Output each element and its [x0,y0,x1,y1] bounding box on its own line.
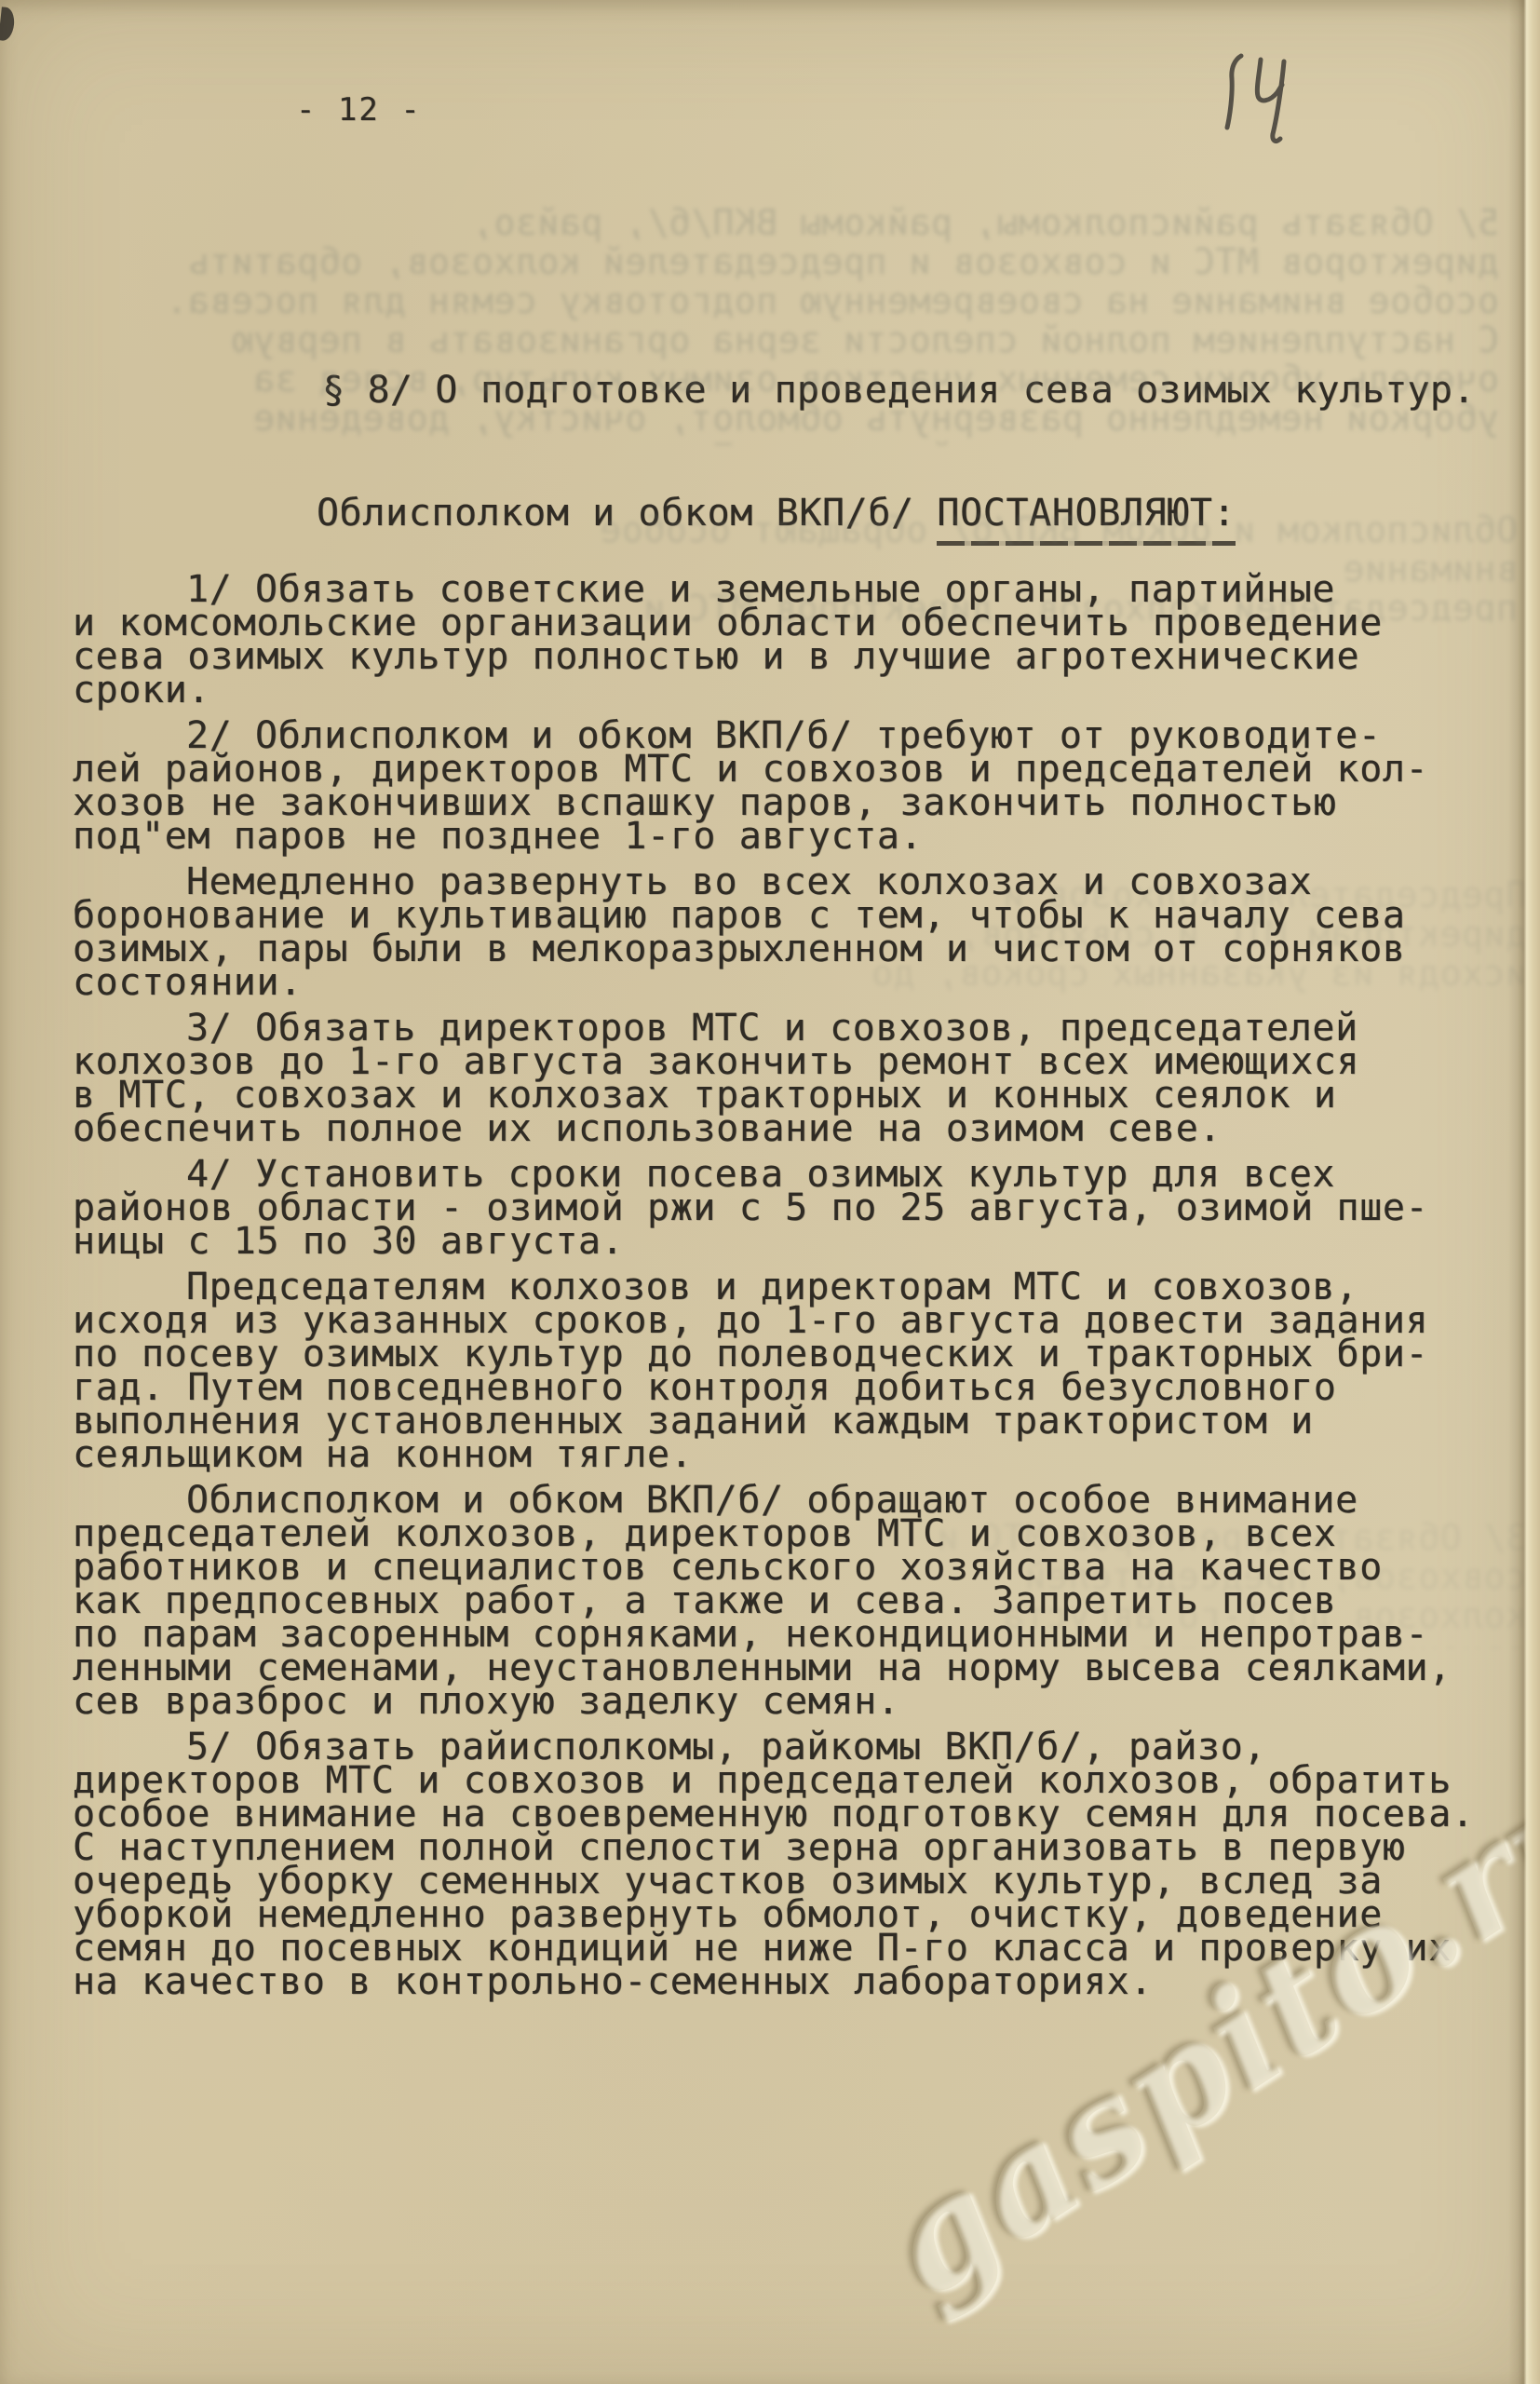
paragraph-4-continuation-1: Председателям колхозов и директорам МТС … [73,1270,1511,1471]
section-heading: § 8/ О подготовке и проведения сева озим… [322,369,1475,412]
resolution-intro: Облисполком и обком ВКП/б/ [317,492,937,535]
paragraph-1: 1/ Обязать советские и земельные органы,… [73,573,1511,707]
page-number: - 12 - [296,91,422,129]
handwritten-page-number-14 [1210,41,1313,157]
scan-corner-speck [0,7,16,41]
paragraph-2-continuation: Немедленно развернуть во всех колхозах и… [73,865,1511,999]
paragraph-4-continuation-2: Облисполком и обком ВКП/б/ обращают особ… [73,1483,1511,1718]
resolution-line: Облисполком и обком ВКП/б/ ПОСТАНОВЛЯЮТ: [317,492,1236,546]
paragraph-3: 3/ Обязать директоров МТС и совхозов, пр… [73,1011,1511,1145]
paragraph-2: 2/ Облисполком и обком ВКП/б/ требуют от… [73,719,1511,853]
resolution-verb: ПОСТАНОВЛЯЮТ: [937,492,1236,546]
scanned-document-page: 5/ Обязать райисполкомы, райкомы ВКП/б/,… [0,0,1540,2384]
paragraph-4: 4/ Установить сроки посева озимых культу… [73,1158,1511,1258]
page-right-edge [1508,0,1540,2384]
document-body: 1/ Обязать советские и земельные органы,… [73,573,1511,2011]
